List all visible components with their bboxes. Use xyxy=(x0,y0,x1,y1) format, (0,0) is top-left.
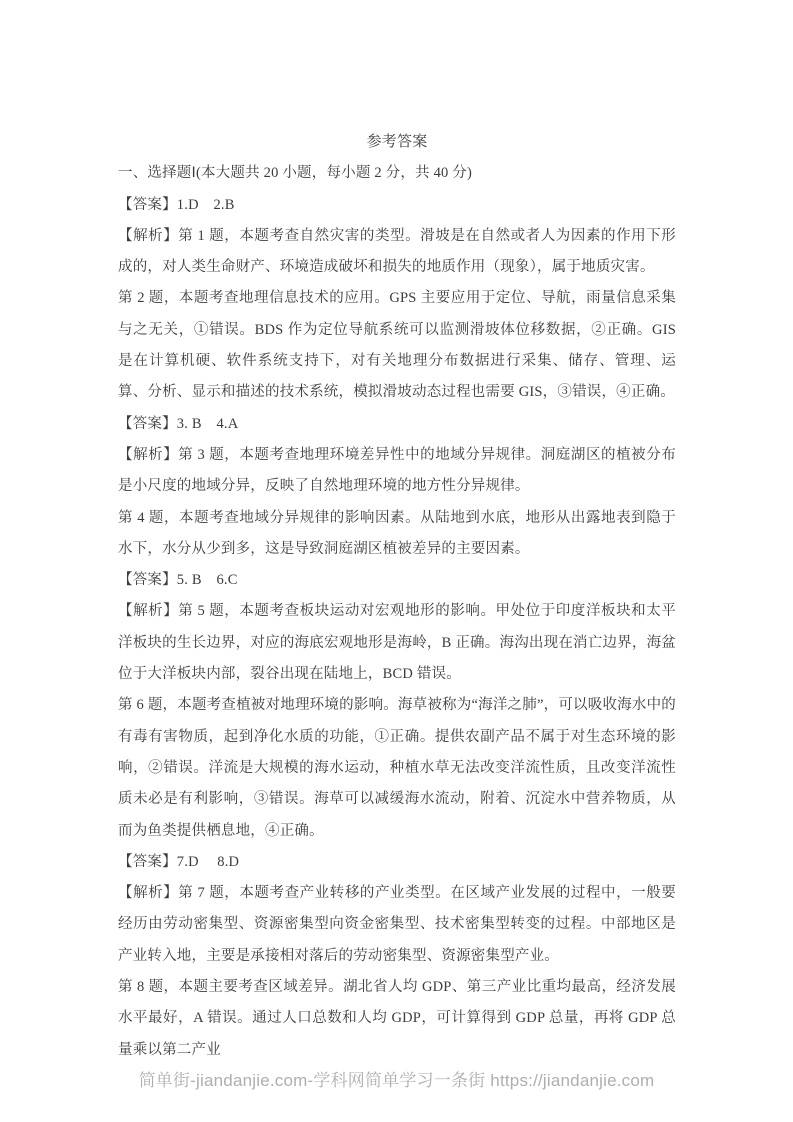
analysis-paragraph: 【解析】第 1 题，本题考查自然灾害的类型。滑坡是在自然或者人为因素的作用下形成… xyxy=(118,221,676,284)
analysis-paragraph: 第 2 题，本题考查地理信息技术的应用。GPS 主要应用于定位、导航，雨量信息采… xyxy=(118,283,676,408)
document-page: 参考答案 一、选择题Ⅰ(本大题共 20 小题，每小题 2 分，共 40 分) 【… xyxy=(118,127,676,1066)
watermark-footer: 简单街-jiandanjie.com-学科网简单学习一条街 https://ji… xyxy=(0,1066,793,1096)
analysis-paragraph: 第 8 题，本题主要考查区域差异。湖北省人均 GDP、第三产业比重均最高，经济发… xyxy=(118,972,676,1066)
answer-line: 【答案】5. B 6.C xyxy=(118,565,676,596)
analysis-paragraph: 【解析】第 3 题，本题考查地理环境差异性中的地域分异规律。洞庭湖区的植被分布是… xyxy=(118,440,676,503)
answer-line: 【答案】7.D 8.D xyxy=(118,847,676,878)
answer-line: 【答案】1.D 2.B xyxy=(118,190,676,221)
analysis-paragraph: 【解析】第 5 题，本题考查板块运动对宏观地形的影响。甲处位于印度洋板块和太平洋… xyxy=(118,596,676,690)
page-title: 参考答案 xyxy=(118,127,676,158)
analysis-paragraph: 【解析】第 7 题，本题考查产业转移的产业类型。在区域产业发展的过程中，一般要经… xyxy=(118,878,676,972)
analysis-paragraph: 第 4 题，本题考查地域分异规律的影响因素。从陆地到水底，地形从出露地表到隐于水… xyxy=(118,503,676,566)
document-body: 【答案】1.D 2.B【解析】第 1 题，本题考查自然灾害的类型。滑坡是在自然或… xyxy=(118,190,676,1066)
answer-line: 【答案】3. B 4.A xyxy=(118,409,676,440)
analysis-paragraph: 第 6 题，本题考查植被对地理环境的影响。海草被称为“海洋之肺”，可以吸收海水中… xyxy=(118,690,676,846)
section-heading: 一、选择题Ⅰ(本大题共 20 小题，每小题 2 分，共 40 分) xyxy=(118,158,676,189)
